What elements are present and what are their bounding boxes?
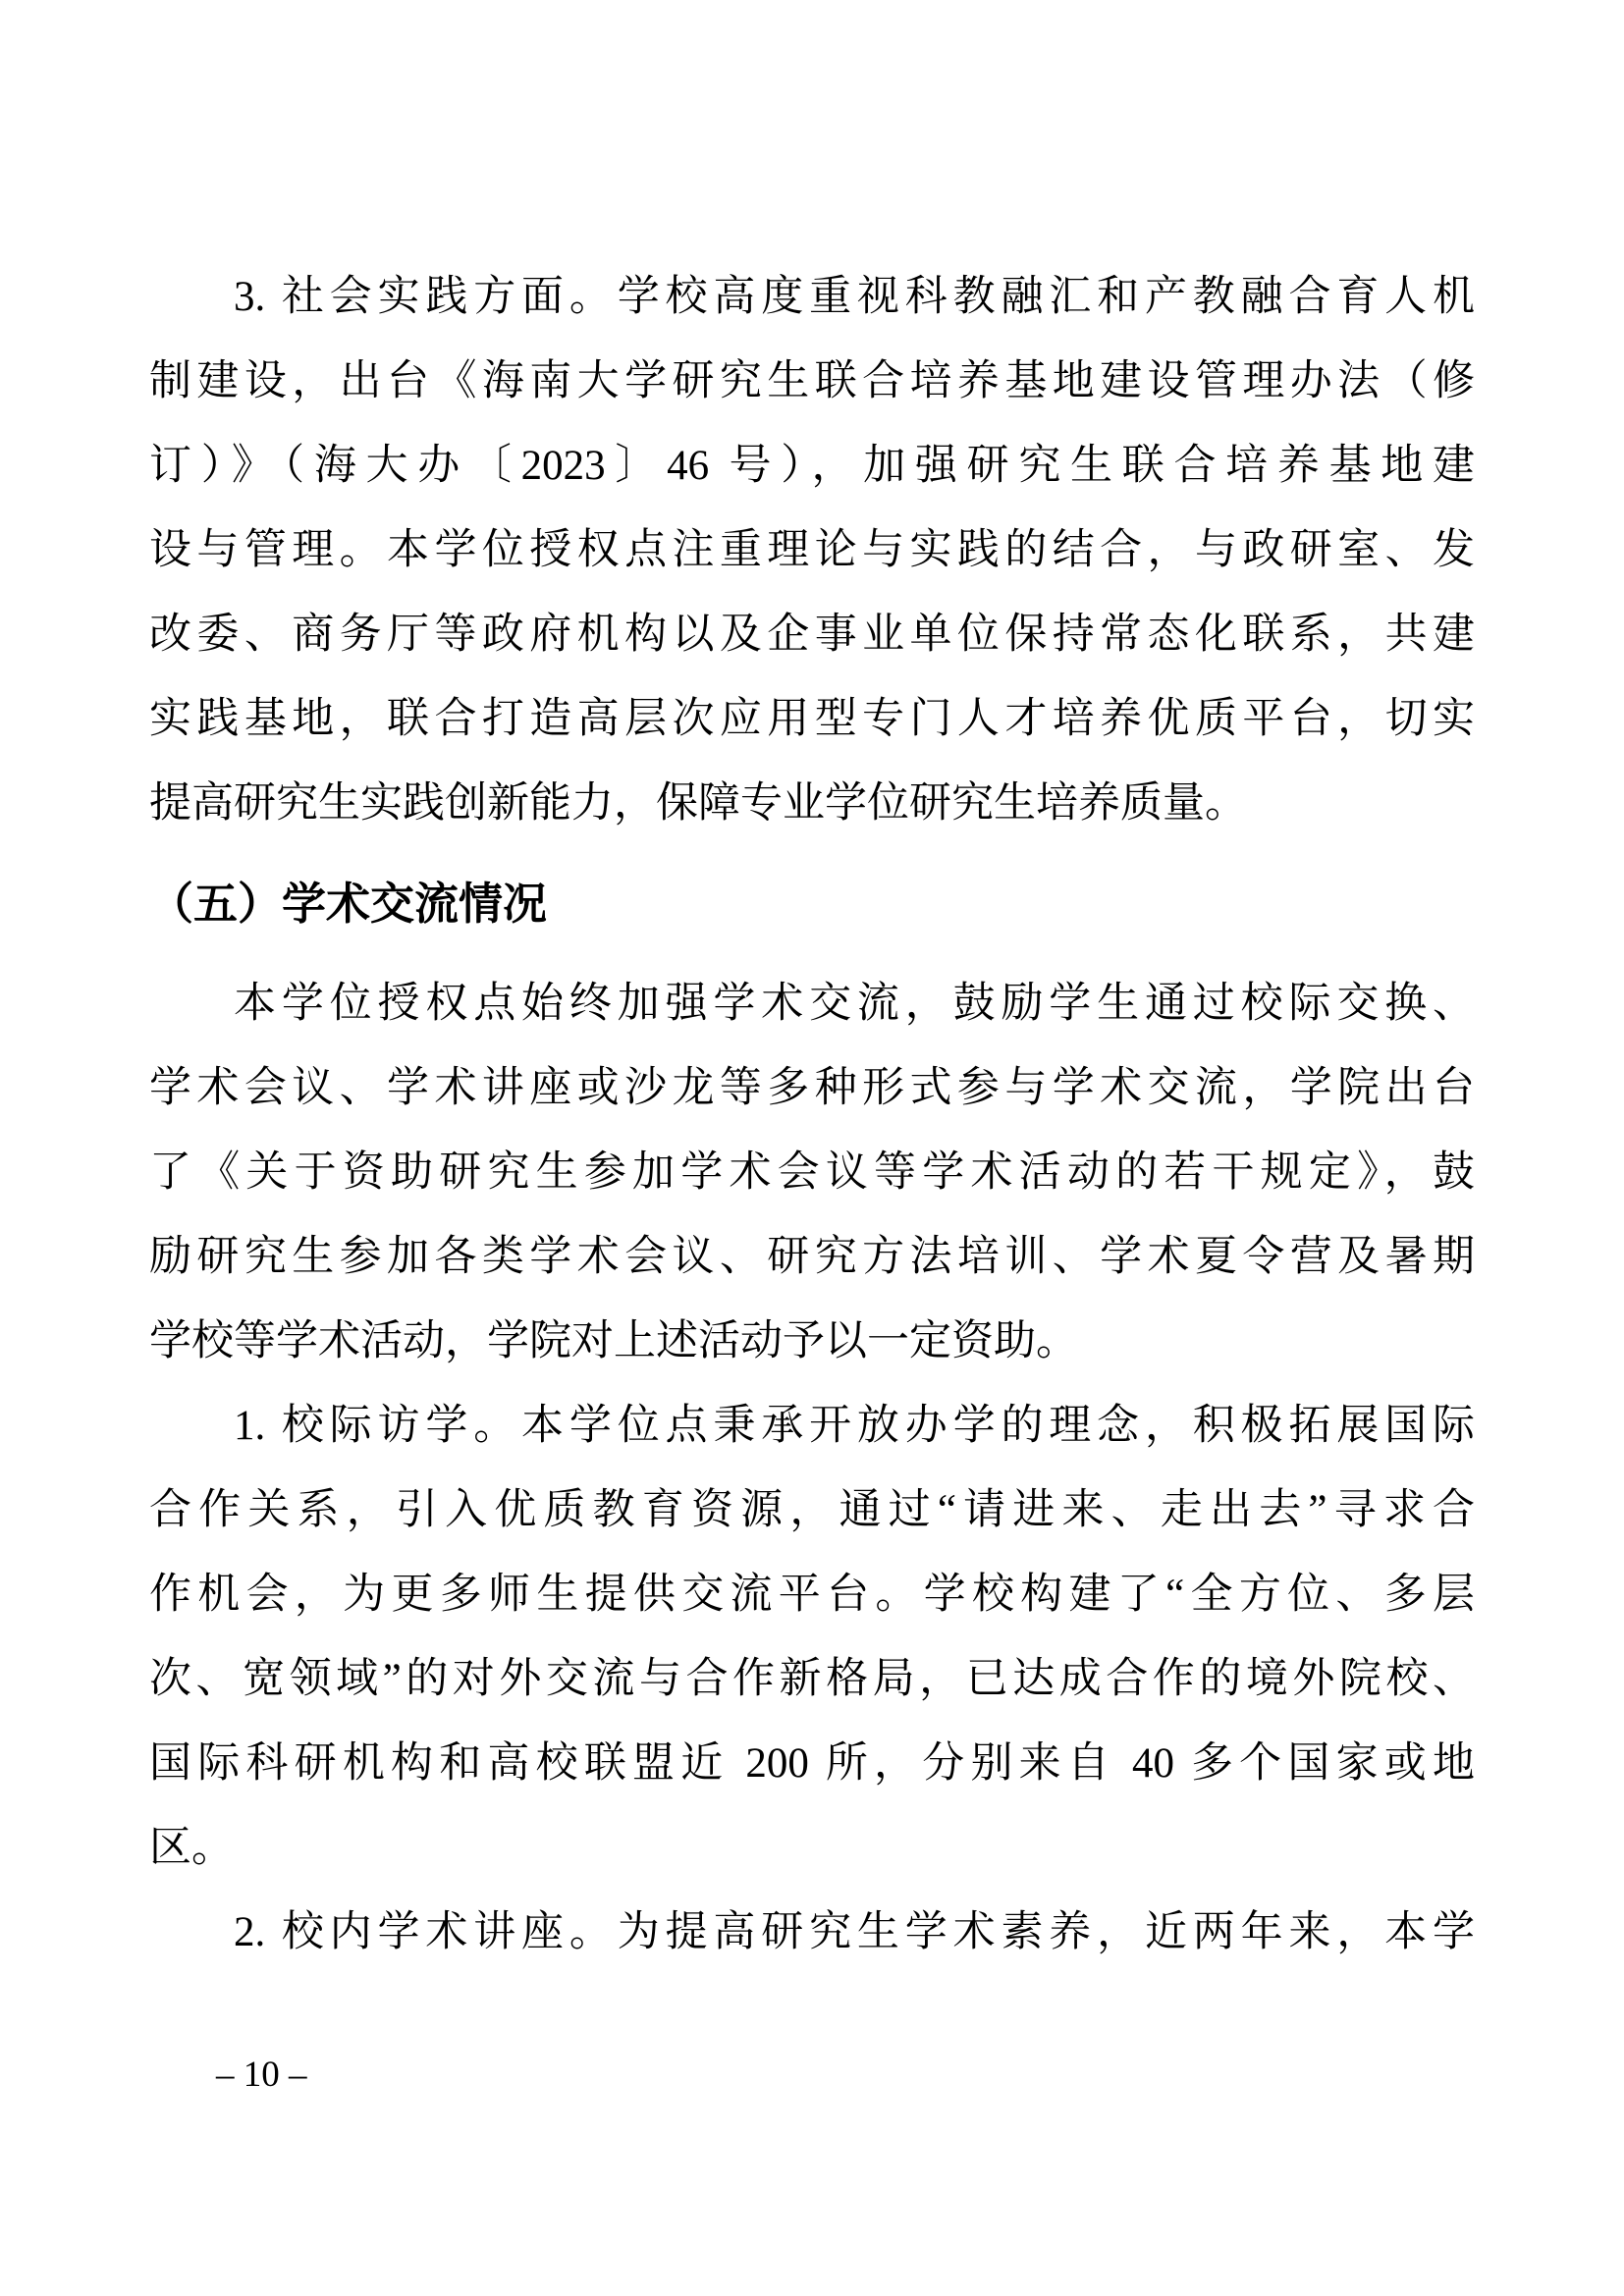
text-line: 2. 校内学术讲座。为提高研究生学术素养，近两年来，本学 [149,1891,1475,1975]
section-heading: （五）学术交流情况 [149,862,1475,946]
text-line: 次、宽领域”的对外交流与合作新格局，已达成合作的境外院校、 [149,1637,1475,1722]
text-line: 了《关于资助研究生参加学术会议等学术活动的若干规定》，鼓 [149,1131,1475,1215]
text-line: 3. 社会实践方面。学校高度重视科教融汇和产教融合育人机 [149,255,1475,340]
text-line: 学校等学术活动，学院对上述活动予以一定资助。 [149,1300,1475,1384]
page-number: – 10 – [216,2054,307,2097]
text-line: 学术会议、学术讲座或沙龙等多种形式参与学术交流，学院出台 [149,1046,1475,1131]
paragraph: 1. 校际访学。本学位点秉承开放办学的理念，积极拓展国际 合作关系，引入优质教育… [149,1384,1475,1891]
text-line: 国际科研机构和高校联盟近 200 所，分别来自 40 多个国家或地 [149,1722,1475,1806]
text-line: 设与管理。本学位授权点注重理论与实践的结合，与政研室、发 [149,508,1475,593]
text-line: 制建设，出台《海南大学研究生联合培养基地建设管理办法（修 [149,340,1475,424]
text-line: 本学位授权点始终加强学术交流，鼓励学生通过校际交换、 [149,962,1475,1046]
document-body: 3. 社会实践方面。学校高度重视科教融汇和产教融合育人机 制建设，出台《海南大学… [149,255,1475,1975]
text-line: 改委、商务厅等政府机构以及企事业单位保持常态化联系，共建 [149,593,1475,677]
text-line: 1. 校际访学。本学位点秉承开放办学的理念，积极拓展国际 [149,1384,1475,1468]
text-line: 提高研究生实践创新能力，保障专业学位研究生培养质量。 [149,762,1475,846]
text-line: 作机会，为更多师生提供交流平台。学校构建了“全方位、多层 [149,1553,1475,1637]
paragraph: 2. 校内学术讲座。为提高研究生学术素养，近两年来，本学 [149,1891,1475,1975]
text-line: 订）》（海大办〔2023〕46 号），加强研究生联合培养基地建 [149,424,1475,508]
text-line: 合作关系，引入优质教育资源，通过“请进来、走出去”寻求合 [149,1468,1475,1553]
document-page: 3. 社会实践方面。学校高度重视科教融汇和产教融合育人机 制建设，出台《海南大学… [0,0,1624,2296]
paragraph: 3. 社会实践方面。学校高度重视科教融汇和产教融合育人机 制建设，出台《海南大学… [149,255,1475,846]
text-line: 区。 [149,1806,1475,1891]
paragraph: 本学位授权点始终加强学术交流，鼓励学生通过校际交换、 学术会议、学术讲座或沙龙等… [149,962,1475,1384]
text-line: 励研究生参加各类学术会议、研究方法培训、学术夏令营及暑期 [149,1215,1475,1300]
text-line: 实践基地，联合打造高层次应用型专门人才培养优质平台，切实 [149,677,1475,762]
